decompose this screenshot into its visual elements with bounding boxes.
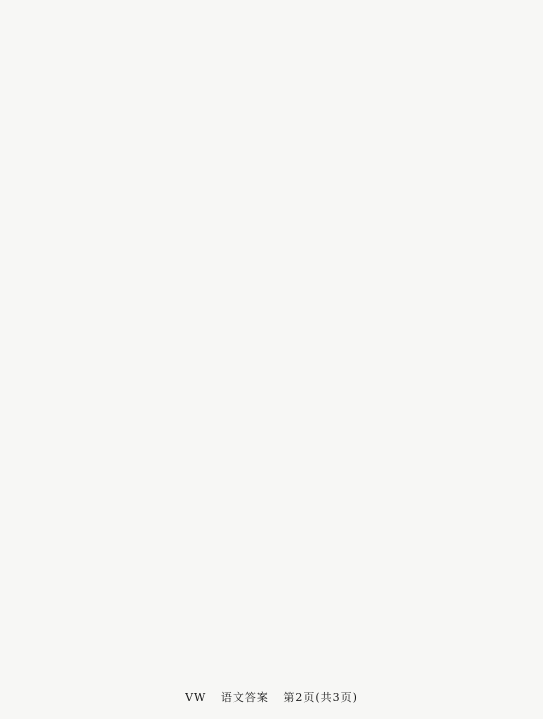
footer-code: VW <box>185 691 206 704</box>
footer-page-number: 第2页(共3页) <box>283 691 358 704</box>
answer-key-page <box>0 0 543 719</box>
footer-subject: 语文答案 <box>221 691 269 704</box>
page-footer: VW 语文答案 第2页(共3页) <box>0 689 543 705</box>
